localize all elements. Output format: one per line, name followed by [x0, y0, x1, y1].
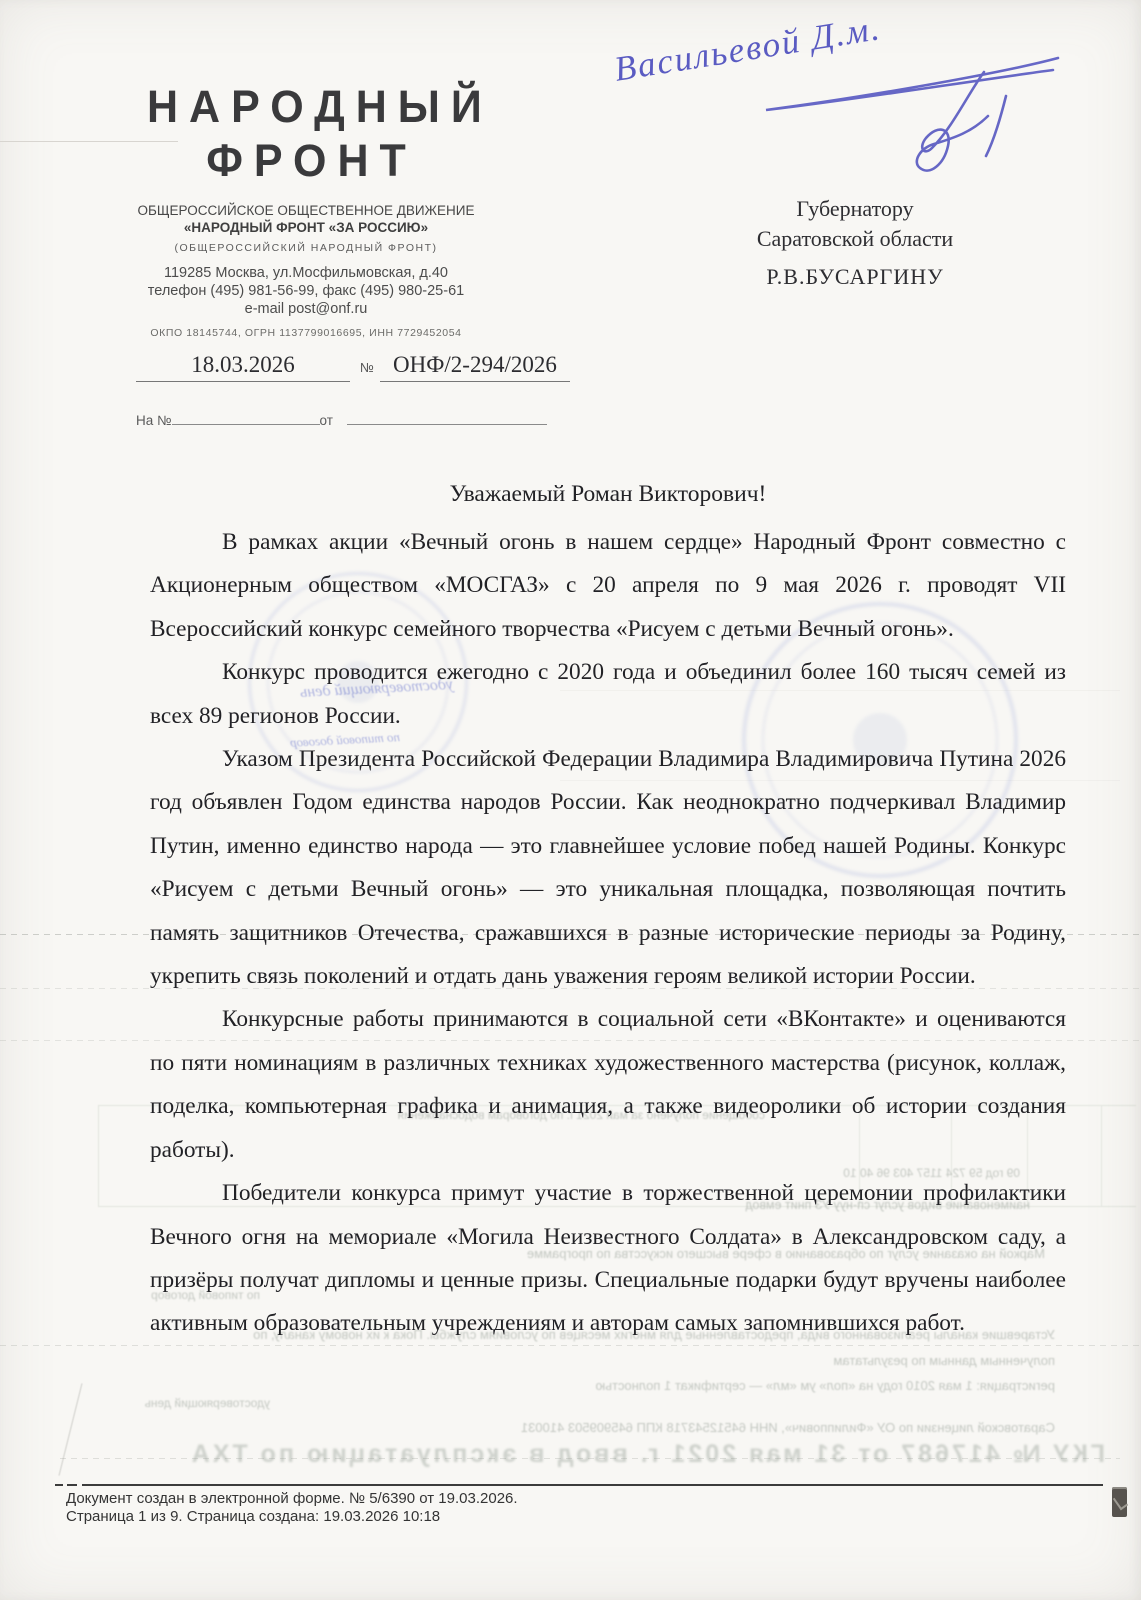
recipient-title: Губернатору — [700, 194, 1010, 224]
letterhead: НАРОДНЫЙ ФРОНТ ОБЩЕРОССИЙСКОЕ ОБЩЕСТВЕНН… — [136, 80, 476, 339]
salutation: Уважаемый Роман Викторович! — [150, 481, 1066, 508]
letter-number: ОНФ/2-294/2026 — [380, 352, 570, 382]
movement-name-line1: ОБЩЕРОССИЙСКОЕ ОБЩЕСТВЕННОЕ ДВИЖЕНИЕ — [136, 202, 476, 219]
letter-body: В рамках акции «Вечный огонь в нашем сер… — [150, 521, 1066, 1346]
number-sign: № — [360, 360, 374, 375]
org-email: e-mail post@onf.ru — [136, 300, 476, 318]
org-logo-line2: ФРОНТ — [136, 132, 476, 189]
org-registry-codes: ОКПО 18145744, ОГРН 1137799016695, ИНН 7… — [136, 327, 476, 339]
org-logo-line1: НАРОДНЫЙ — [136, 78, 476, 135]
reply-number-blank — [172, 410, 320, 425]
reply-reference-line: На №от — [136, 410, 606, 428]
recipient-region: Саратовской области — [700, 224, 1010, 254]
footer: Документ создан в электронной форме. № 5… — [66, 1490, 518, 1526]
footer-divider — [55, 1484, 1103, 1486]
letter-date: 18.03.2026 — [136, 352, 350, 382]
bleed-through-line: регистрация: 1 мая 2010 году на «пол» ум… — [225, 1378, 1055, 1393]
footer-created-line: Документ создан в электронной форме. № 5… — [66, 1490, 518, 1508]
scanned-letter-page: { "handwriting": { "note": "Васильевой Д… — [0, 0, 1141, 1600]
movement-name-line3: (ОБЩЕРОССИЙСКИЙ НАРОДНЫЙ ФРОНТ) — [136, 242, 476, 254]
paragraph: Указом Президента Российской Федерации В… — [150, 738, 1066, 998]
recipient-name: Р.В.БУСАРГИНУ — [700, 262, 1010, 292]
handwritten-signature — [748, 36, 1078, 176]
reply-prefix-label: На № — [136, 413, 172, 428]
reference-line: 18.03.2026№ОНФ/2-294/2026 — [136, 352, 596, 382]
org-address: 119285 Москва, ул.Мосфильмовская, д.40 — [136, 264, 476, 282]
bleed-through-line: Саратовской лицензии по ОУ «Филиппович»,… — [225, 1420, 1055, 1435]
paragraph: Победители конкурса примут участие в тор… — [150, 1172, 1066, 1346]
page-marker-icon — [1112, 1487, 1127, 1517]
paper-fold-mark — [59, 1383, 83, 1475]
recipient-block: Губернатору Саратовской области Р.В.БУСА… — [700, 194, 1010, 292]
org-phone-fax: телефон (495) 981-56-99, факс (495) 980-… — [136, 282, 476, 300]
footer-page-line: Страница 1 из 9. Страница создана: 19.03… — [66, 1508, 518, 1526]
bleed-through-line: удостоверяющий день — [100, 1396, 270, 1410]
reply-date-blank — [347, 410, 547, 425]
movement-name-line2: «НАРОДНЫЙ ФРОНТ «ЗА РОССИЮ» — [136, 219, 476, 236]
reply-from-label: от — [320, 413, 333, 428]
paragraph: В рамках акции «Вечный огонь в нашем сер… — [150, 521, 1066, 651]
scan-artifact-line — [60, 1458, 1120, 1459]
paragraph: Конкурс проводится ежегодно с 2020 года … — [150, 651, 1066, 738]
paragraph: Конкурсные работы принимаются в социальн… — [150, 998, 1066, 1172]
bleed-through-big-line: ГКУ № 417687 от 31 мая 2021 г. ввод в эк… — [95, 1440, 1105, 1469]
